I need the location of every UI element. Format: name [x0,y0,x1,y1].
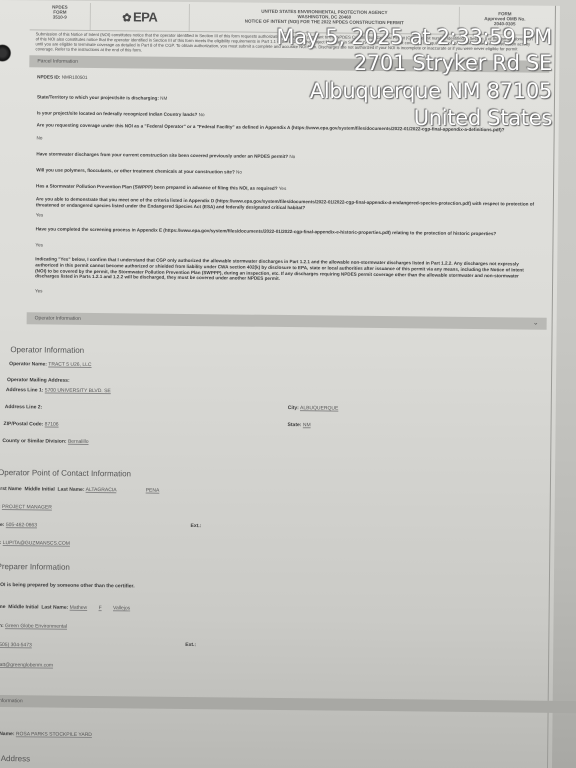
field-label: Middle Initial [24,486,54,492]
epa-logo: ✿EPA [90,3,190,31]
field-value: ROSA PARKS STOCKPILE YARD [16,731,92,738]
operator-info-title: Operator Information [10,345,84,355]
field-label: Last Name: [58,487,85,493]
zip-field: ZIP/Postal Code: 87106 [4,421,59,428]
section-label: Project/Site Information [0,698,23,705]
answer: No [37,135,43,140]
question-appendix-d: Are you able to demonstrate that you mee… [36,196,536,213]
field-label: Title: [0,504,1,510]
last-name-value: Vallejos [113,605,130,611]
field-label: NPDES ID: [37,74,60,79]
field-label: Ext.: [190,523,201,529]
photo-timestamp: May 5, 2025 at 2:33:59 PM [276,24,552,50]
poc-ext-field: Ext.: [190,523,201,529]
first-name-value: ALTAGRACIA [86,487,117,493]
field-value: Green Globe Environmental [5,623,67,630]
field-value: matt@greenglobenm.com [0,662,53,669]
preparer-title: NOI Preparer Information [0,562,70,572]
question-text: Indicating "Yes" below, I confirm that I… [35,256,524,281]
county-field: County or Similar Division: Bernalillo [2,438,88,445]
photo-city: Albuquerque NM 87105 [310,78,552,104]
question-appendix-e: Have you completed the screening process… [36,226,536,237]
question-text: Have you completed the screening process… [36,226,497,236]
preparer-email-field: Email: matt@greenglobenm.com [0,662,53,669]
address-line1-field: Address Line 1: 5700 UNIVERSITY BLVD. SE [6,387,111,394]
answer: No [199,112,205,117]
poc-name-field: First Name Middle Initial Last Name: ALT… [0,486,159,494]
answer: Yes [279,186,287,191]
field-label: County or Similar Division: [2,438,66,445]
field-label: Email: [0,540,1,546]
mailing-address-label: Operator Mailing Address: [7,377,70,384]
field-label: Address Line 2: [5,404,43,410]
field-label: ZIP/Postal Code: [4,421,44,427]
photo-street: 2701 Stryker Rd SE [354,50,552,76]
poc-title: Operator Point of Contact Information [0,468,131,478]
field-label: Operator Name: [9,361,47,367]
field-value: TRACT 5 U26, LLC [48,362,91,368]
field-label: Operator Mailing Address: [7,377,70,384]
answer: NM [160,96,167,101]
preparer-ext-field: Ext.: [185,642,196,648]
cable-object [0,44,12,62]
middle-initial-value: F [99,605,102,611]
first-name-value: Mathew [70,605,88,611]
section-label: Operator Information [35,315,81,321]
preparer-name-field: First Name Middle Initial Last Name: Mat… [0,604,130,612]
answer: No [236,169,242,174]
field-value: (505) 304-5473 [0,642,32,648]
poc-phone-field: Phone: 505-462-0663 [0,522,37,529]
field-label: Middle Initial [8,604,38,610]
field-label: Phone: [0,522,4,528]
question-text: Are you able to demonstrate that you mee… [36,196,534,210]
preparer-note: This NOI is being prepared by someone ot… [0,582,135,590]
city-field: City: ALBUQUERQUE [288,405,339,412]
form-id: NPDES FORM 3510-9 [30,2,90,30]
field-label: Ext.: [185,642,196,648]
field-value: PROJECT MANAGER [2,504,52,511]
site-name-field: Project/Site Name: ROSA PARKS STOCKPILE … [0,731,92,738]
question-text: Is your project/site located on federall… [37,110,198,117]
site-address-title: Project/Site Address [0,754,30,764]
field-value: 505-462-0663 [6,522,37,528]
field-label: Project/Site Name: [0,731,15,737]
field-label: First Name [0,604,6,610]
section-label: Parcel Information [37,58,78,64]
chevron-down-icon[interactable]: ⌄ [533,319,539,327]
poc-title-field: Title: PROJECT MANAGER [0,504,52,511]
field-label: Address Line 1: [6,387,44,393]
field-value: LUPITA@GUZMANSCS.COM [3,540,70,547]
answer: Yes [35,288,43,293]
last-name-value: PENA [146,488,160,494]
answer: Yes [35,242,43,247]
answer: Yes [36,212,44,217]
answer: No [289,154,295,159]
field-label: First Name [0,486,22,492]
field-label: Organization: [0,623,4,629]
operator-name-field: Operator Name: TRACT 5 U26, LLC [9,361,91,368]
form-id-line: 3510-9 [30,14,90,20]
question-polymers: Will you use polymers, flocculants, or o… [36,167,536,178]
question-previous-coverage: Have stormwater discharges from your cur… [36,151,536,162]
question-text: Has a Stormwater Pollution Prevention Pl… [36,183,278,191]
field-label: Last Name: [41,604,68,610]
photo-country: United States [414,105,552,131]
poc-email-field: Email: LUPITA@GUZMANSCS.COM [0,540,70,547]
question-text: Will you use polymers, flocculants, or o… [36,167,235,174]
field-value: 5700 UNIVERSITY BLVD. SE [45,387,111,394]
question-swppp: Has a Stormwater Pollution Prevention Pl… [36,183,536,194]
preparer-phone-field: Phone: (505) 304-5473 [0,642,32,649]
site-section-header[interactable]: Project/Site Information [0,695,576,713]
field-label: State: [288,422,302,428]
epa-flower-icon: ✿ [122,12,131,24]
operator-section-header[interactable]: Operator Information ⌄ [27,312,547,329]
field-value: ALBUQUERQUE [300,405,338,411]
note-text: This NOI is being prepared by someone ot… [0,582,135,590]
question-text: State/Territory to which your project/si… [37,94,159,100]
field-label: City: [288,405,299,411]
address-line2-field: Address Line 2: [5,404,43,410]
question-confirm-discharges: Indicating "Yes" below, I confirm that I… [35,256,535,284]
logo-text: EPA [133,9,157,24]
field-value: Bernalillo [68,439,89,445]
question-text: Have stormwater discharges from your cur… [36,151,288,159]
preparer-org-field: Organization: Green Globe Environmental [0,623,67,630]
field-value: NM [303,422,311,428]
state-field: State: NM [288,422,311,428]
field-value: 87106 [45,421,59,427]
field-value: NMR100501 [62,75,88,80]
